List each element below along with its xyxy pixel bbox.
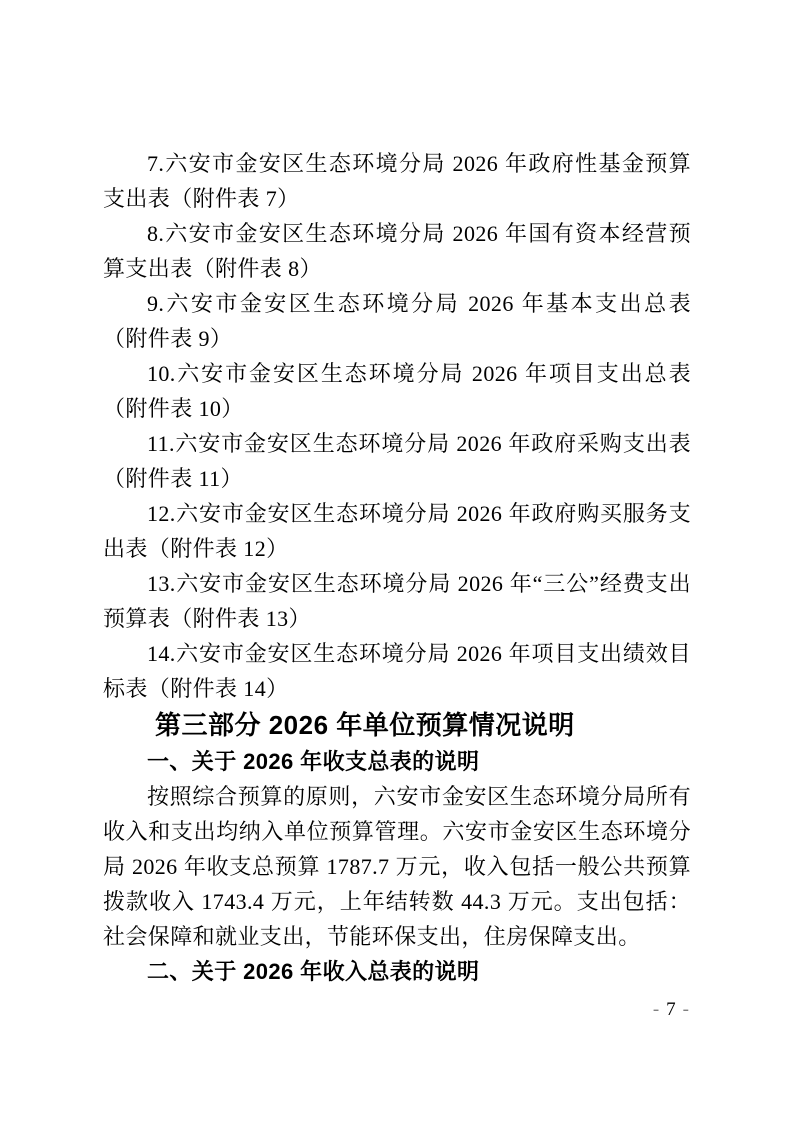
page-number: -7- [653,998,690,1022]
subsection-heading-income-summary: 二、关于 2026 年收入总表的说明 [103,954,691,989]
budget-overview-paragraph: 按照综合预算的原则，六安市金安区生态环境分局所有收入和支出均纳入单位预算管理。六… [103,779,691,954]
attachment-list-item-9: 9.六安市金安区生态环境分局 2026 年基本支出总表（附件表 9） [103,286,691,356]
attachment-list-item-14: 14.六安市金安区生态环境分局 2026 年项目支出绩效目标表（附件表 14） [103,636,691,706]
attachment-list-item-11: 11.六安市金安区生态环境分局 2026 年政府采购支出表（附件表 11） [103,426,691,496]
attachment-list-item-12: 12.六安市金安区生态环境分局 2026 年政府购买服务支出表（附件表 12） [103,496,691,566]
attachment-list-item-10: 10.六安市金安区生态环境分局 2026 年项目支出总表（附件表 10） [103,356,691,426]
document-content: 7.六安市金安区生态环境分局 2026 年政府性基金预算支出表（附件表 7） 8… [103,146,691,989]
subsection-heading-income-expense-summary: 一、关于 2026 年收支总表的说明 [103,744,691,779]
page-number-dash-right: - [683,999,690,1020]
section-heading-part3: 第三部分 2026 年单位预算情况说明 [103,706,691,744]
attachment-list-item-13: 13.六安市金安区生态环境分局 2026 年“三公”经费支出预算表（附件表 13… [103,566,691,636]
attachment-list-item-8: 8.六安市金安区生态环境分局 2026 年国有资本经营预算支出表（附件表 8） [103,216,691,286]
page-number-value: 7 [666,999,677,1020]
attachment-list-item-7: 7.六安市金安区生态环境分局 2026 年政府性基金预算支出表（附件表 7） [103,146,691,216]
page-number-dash-left: - [653,999,660,1020]
document-page: 7.六安市金安区生态环境分局 2026 年政府性基金预算支出表（附件表 7） 8… [0,0,793,1122]
